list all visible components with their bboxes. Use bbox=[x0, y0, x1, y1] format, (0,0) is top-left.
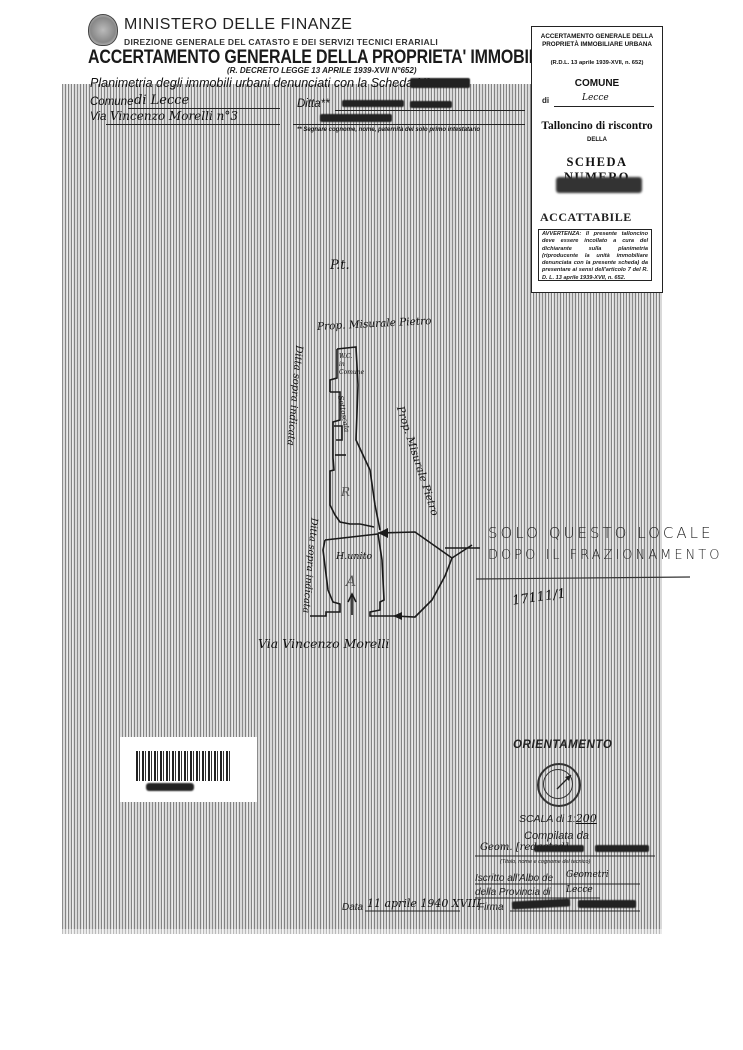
titolo-note: (Titolo, nome e cognome del tecnico) bbox=[500, 859, 590, 865]
iscritto-label: Iscritto all'Albo de bbox=[475, 873, 553, 884]
annotation-line-1: SOLO QUESTO LOCALE bbox=[488, 524, 713, 542]
room-upper-b-label: R bbox=[341, 485, 350, 499]
barcode bbox=[136, 751, 230, 781]
room-lower-mark: A bbox=[346, 574, 356, 590]
street-label: Via Vincenzo Morelli bbox=[258, 636, 389, 651]
scale-label-text: SCALA di 1: bbox=[519, 813, 576, 825]
room-lower-label: H.unito bbox=[336, 551, 372, 562]
annotation-line-2: DOPO IL FRAZIONAMENTO bbox=[488, 548, 722, 563]
iscritto-value: Geometri bbox=[566, 870, 609, 880]
data-value: 11 aprile 1940 XVIII bbox=[367, 897, 481, 910]
barcode-label bbox=[120, 737, 257, 802]
provincia-label: della Provincia di bbox=[475, 887, 551, 898]
provincia-value: Lecce bbox=[566, 885, 593, 895]
scale-value: 200 bbox=[576, 812, 597, 825]
compilata-redacted-1 bbox=[534, 845, 584, 852]
compilata-redacted-2 bbox=[595, 845, 649, 852]
orientamento-label: ORIENTAMENTO bbox=[513, 739, 612, 751]
floor-label: P.t. bbox=[330, 258, 350, 273]
wc-label: W.C. in Comune bbox=[339, 353, 353, 377]
barcode-number-redacted bbox=[146, 783, 194, 791]
data-label: Data bbox=[342, 902, 363, 913]
compass-arrow-icon bbox=[539, 765, 579, 805]
scale-label: SCALA di 1:200 bbox=[519, 812, 597, 825]
firma-redacted-2 bbox=[578, 900, 636, 908]
compilata-label: Compilata da bbox=[524, 830, 589, 842]
north-compass-icon bbox=[537, 763, 581, 807]
scan-bottom-edge bbox=[62, 922, 662, 934]
firma-label: Firma bbox=[478, 902, 504, 913]
